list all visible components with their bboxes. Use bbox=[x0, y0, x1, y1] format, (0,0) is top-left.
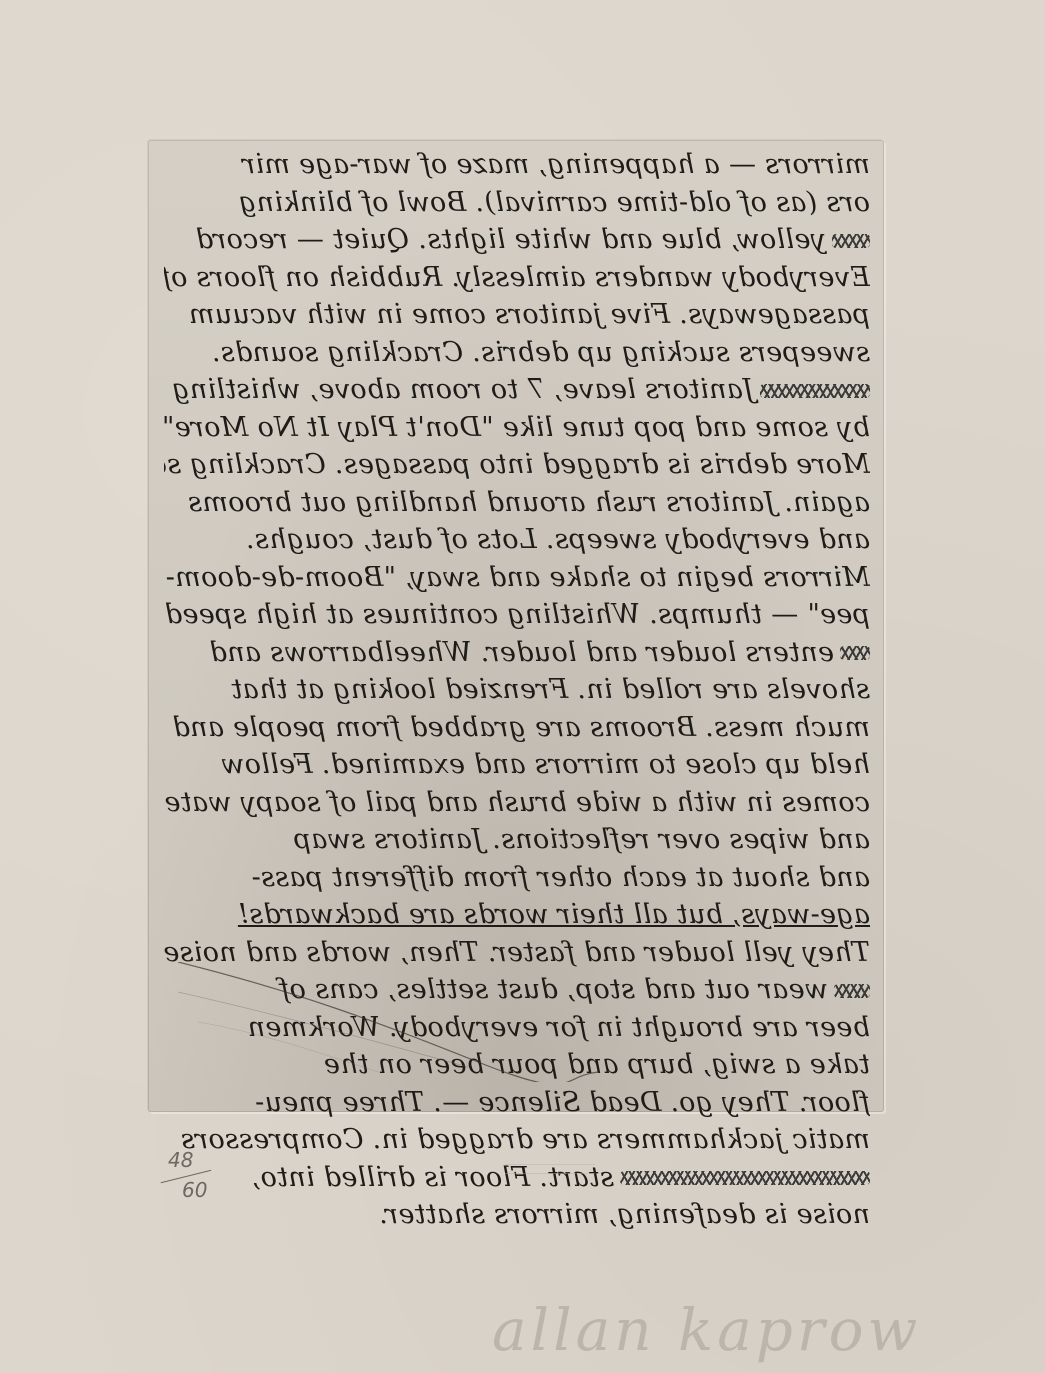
text-line: sweepers sucking up debris. Crackling so… bbox=[164, 334, 870, 372]
text-line-content: enters louder and louder. Wheelbarrows a… bbox=[209, 637, 834, 668]
text-line: Janitors leave, 7 to room above, whistli… bbox=[164, 371, 870, 409]
text-line-content: yellow, blue and white lights. Quiet — r… bbox=[195, 224, 826, 255]
text-line: enters louder and louder. Wheelbarrows a… bbox=[164, 634, 870, 672]
text-line: pee" — thumps. Whistling continues at hi… bbox=[164, 596, 870, 634]
text-line: much mess. Brooms are grabbed from peopl… bbox=[164, 709, 870, 747]
scribble-mark bbox=[832, 234, 870, 248]
text-line: More debris is dragged into passages. Cr… bbox=[164, 446, 870, 484]
text-line: by some and pop tune like "Don't Play It… bbox=[164, 409, 870, 447]
artist-signature: allan kaprow bbox=[492, 1296, 921, 1364]
scribble-mark bbox=[620, 1171, 870, 1185]
text-line: mirrors — a happening, maze of war-age m… bbox=[164, 146, 870, 184]
text-line: and wipes over reflections. Janitors swa… bbox=[164, 821, 870, 859]
text-line: passageways. Five janitors come in with … bbox=[164, 296, 870, 334]
text-line: and shout at each other from different p… bbox=[164, 859, 870, 897]
text-line: ors (as of old-time carnival). Bowl of b… bbox=[164, 184, 870, 222]
text-line: again. Janitors rush around handling out… bbox=[164, 484, 870, 522]
text-line: yellow, blue and white lights. Quiet — r… bbox=[164, 221, 870, 259]
text-line: floor. They go. Dead Silence —. Three pn… bbox=[164, 1084, 870, 1122]
text-line: held up close to mirrors and examined. F… bbox=[164, 746, 870, 784]
text-line-content: Janitors leave, 7 to room above, whistli… bbox=[172, 374, 754, 405]
plate-mark-bottom bbox=[505, 1164, 595, 1174]
text-line: noise is deafening, mirrors shatter. bbox=[164, 1196, 870, 1234]
text-line: and everybody sweeps. Lots of dust, coug… bbox=[164, 521, 870, 559]
text-line: comes in with a wide brush and pail of s… bbox=[164, 784, 870, 822]
text-line-underlined: age-ways, but all their words are backwa… bbox=[164, 896, 870, 934]
scribble-mark bbox=[834, 984, 870, 998]
text-line: matic jackhammers are dragged in. Compre… bbox=[164, 1121, 870, 1159]
text-line: shovels are rolled in. Frenzied looking … bbox=[164, 671, 870, 709]
scribble-mark bbox=[760, 384, 870, 398]
plate-scratch-lines bbox=[178, 962, 738, 1082]
text-line: Mirrors begin to shake and sway, "Boom-d… bbox=[164, 559, 870, 597]
text-line: Everybody wanders aimlessly. Rubbish on … bbox=[164, 259, 870, 297]
edition-number: 48 60 bbox=[160, 1148, 230, 1208]
etching-plate: mirrors — a happening, maze of war-age m… bbox=[148, 140, 884, 1112]
edition-total-value: 60 bbox=[182, 1178, 207, 1202]
scribble-mark bbox=[840, 646, 870, 660]
edition-number-value: 48 bbox=[168, 1148, 193, 1172]
